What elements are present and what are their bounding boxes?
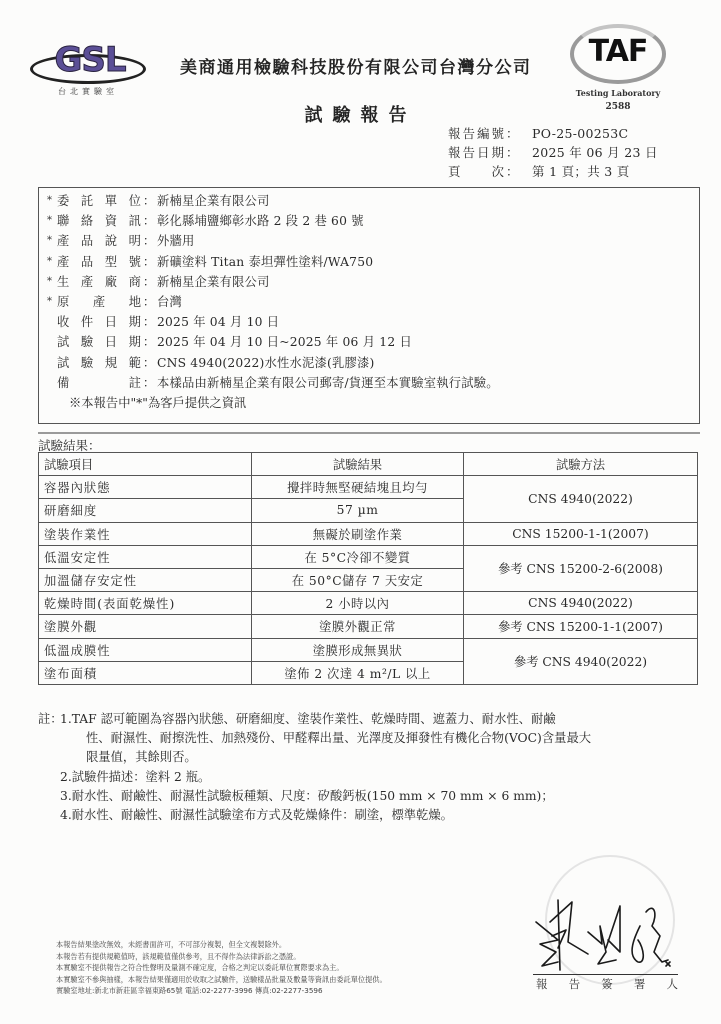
footer-line: 本報告結果塗改無效，未經書面許可，不可部分複製，但全文複製除外。 <box>56 939 387 951</box>
info-row-remarks: 備註 ： 本樣品由新楠星企業有限公司郵寄/貨運至本實驗室執行試驗。 <box>47 373 699 393</box>
page-count-label: 頁 次： <box>448 162 532 181</box>
info-row-client: * 委託單位 ： 新楠星企業有限公司 <box>47 191 699 211</box>
info-row-test-date: 試驗日期 ： 2025 年 04 月 10 日~2025 年 06 月 12 日 <box>47 332 699 352</box>
report-number-label: 報告編號： <box>448 124 532 143</box>
info-label: 收件日期 <box>57 312 141 332</box>
gsl-logo: GSL 台北實驗室 <box>28 38 148 100</box>
product-model-value: 新礦塗料 Titan 泰坦彈性塗料/WA750 <box>157 252 373 272</box>
taf-logo-text: TAF <box>580 34 656 70</box>
report-number-value: PO-25-00253C <box>532 124 628 143</box>
client-value: 新楠星企業有限公司 <box>157 191 269 211</box>
note-1-continued: 性、耐濕性、耐擦洗性、加熱殘份、甲醛釋出量、光澤度及揮發性有機化合物(VOC)含… <box>38 729 703 748</box>
note-3: 3.耐水性、耐鹼性、耐濕性試驗板種類、尺度：矽酸鈣板(150 mm × 70 m… <box>38 787 703 806</box>
report-date-value: 2025 年 06 月 23 日 <box>532 143 658 162</box>
company-name: 美商通用檢驗科技股份有限公司台灣分公司 <box>180 53 532 78</box>
report-date-label: 報告日期： <box>448 143 532 162</box>
table-row: 塗膜外觀 塗膜外觀正常 參考 CNS 15200-1-1(2007) <box>39 615 698 638</box>
section-divider <box>38 432 700 434</box>
info-row-received-date: 收件日期 ： 2025 年 04 月 10 日 <box>47 312 699 332</box>
received-date-value: 2025 年 04 月 10 日 <box>157 312 279 332</box>
gsl-logo-subtitle: 台北實驗室 <box>28 86 148 97</box>
test-standard-value: CNS 4940(2022)水性水泥漆(乳膠漆) <box>157 353 374 373</box>
table-row: 乾燥時間(表面乾燥性) 2 小時以內 CNS 4940(2022) <box>39 592 698 615</box>
info-label: 聯絡資訊 <box>57 211 141 231</box>
footer-line: 本報告若有提供規範值時，該規範值僅供參考，且不得作為法律訴訟之憑證。 <box>56 951 387 963</box>
info-row-contact: * 聯絡資訊 ： 彰化縣埔鹽鄉彰水路 2 段 2 巷 60 號 <box>47 211 699 231</box>
footer-line: 本實驗室不提供報告之符合性聲明及量測不確定度，合格之判定以委託單位實際要求為主。 <box>56 962 387 974</box>
footer-address: 實驗室地址:新北市新莊區幸福東路65號 電話:02-2277-3996 傳真:0… <box>56 985 387 997</box>
method-cell: 參考 CNS 15200-2-6(2008) <box>464 545 698 591</box>
info-label: 產品型號 <box>57 252 141 272</box>
page-count-value: 第 1 頁；共 3 頁 <box>532 162 630 181</box>
info-row-product-desc: * 產品說明 ： 外牆用 <box>47 231 699 251</box>
info-label: 生產廠商 <box>57 272 141 292</box>
client-info-asterisk: * <box>47 231 57 251</box>
client-info-asterisk: * <box>47 191 57 211</box>
info-row-manufacturer: * 生產廠商 ： 新楠星企業有限公司 <box>47 272 699 292</box>
client-info-asterisk: * <box>47 292 57 312</box>
report-meta: 報告編號： PO-25-00253C 報告日期： 2025 年 06 月 23 … <box>448 124 658 181</box>
note-4: 4.耐水性、耐鹼性、耐濕性試驗塗布方式及乾燥條件：刷塗，標準乾燥。 <box>38 806 703 825</box>
signature-line <box>533 974 678 975</box>
info-label: 備註 <box>57 373 141 393</box>
method-cell: 參考 CNS 15200-1-1(2007) <box>464 615 698 638</box>
info-label: 原產地 <box>57 292 141 312</box>
info-label: 試驗日期 <box>57 332 141 352</box>
table-row: 低溫成膜性 塗膜形成無異狀 參考 CNS 4940(2022) <box>39 638 698 661</box>
header-test-result: 試驗結果 <box>252 453 464 476</box>
info-label: 試驗規範 <box>57 353 141 373</box>
table-row: 容器內狀態 攪拌時無堅硬結塊且均勻 CNS 4940(2022) <box>39 476 698 499</box>
results-header-row: 試驗項目 試驗結果 試驗方法 <box>39 453 698 476</box>
note-2: 2.試驗件描述：塗料 2 瓶。 <box>38 768 703 787</box>
info-row-product-model: * 產品型號 ： 新礦塗料 Titan 泰坦彈性塗料/WA750 <box>47 252 699 272</box>
product-description-value: 外牆用 <box>157 231 195 251</box>
note-1: 註： 1.TAF 認可範圍為容器內狀態、研磨細度、塗裝作業性、乾燥時間、遮蓋力、… <box>38 710 703 729</box>
manufacturer-value: 新楠星企業有限公司 <box>157 272 269 292</box>
taf-accreditation-number: 2588 <box>566 102 670 112</box>
taf-logo-subtitle: Testing Laboratory <box>566 88 670 98</box>
info-label: 委託單位 <box>57 191 141 211</box>
info-row-origin: * 原產地 ： 台灣 <box>47 292 699 312</box>
results-table: 試驗項目 試驗結果 試驗方法 容器內狀態 攪拌時無堅硬結塊且均勻 CNS 494… <box>38 452 698 685</box>
method-cell: CNS 15200-1-1(2007) <box>464 522 698 545</box>
origin-value: 台灣 <box>157 292 182 312</box>
taf-logo: TAF Testing Laboratory 2588 <box>566 20 686 130</box>
client-info-footnote: ※本報告中"*"為客戶提供之資訊 <box>47 393 699 413</box>
method-cell: 參考 CNS 4940(2022) <box>464 638 698 684</box>
table-row: 塗裝作業性 無礙於刷塗作業 CNS 15200-1-1(2007) <box>39 522 698 545</box>
signatory-label: 報 告 簽 署 人 <box>536 976 678 992</box>
notes-prefix: 註： <box>38 710 60 729</box>
client-info-asterisk: * <box>47 211 57 231</box>
notes-section: 註： 1.TAF 認可範圍為容器內狀態、研磨細度、塗裝作業性、乾燥時間、遮蓋力、… <box>38 710 703 825</box>
header-test-method: 試驗方法 <box>464 453 698 476</box>
gsl-logo-text: GSL <box>50 40 130 80</box>
method-cell: CNS 4940(2022) <box>464 592 698 615</box>
info-row-test-standard: 試驗規範 ： CNS 4940(2022)水性水泥漆(乳膠漆) <box>47 353 699 373</box>
signature-icon <box>528 892 688 977</box>
remarks-value: 本樣品由新楠星企業有限公司郵寄/貨運至本實驗室執行試驗。 <box>157 373 499 393</box>
page-count-row: 頁 次： 第 1 頁；共 3 頁 <box>448 162 658 181</box>
info-label: 產品說明 <box>57 231 141 251</box>
footer-disclaimer: 本報告結果塗改無效，未經書面許可，不可部分複製，但全文複製除外。 本報告若有提供… <box>56 939 387 997</box>
client-info-asterisk: * <box>47 252 57 272</box>
header-test-item: 試驗項目 <box>39 453 252 476</box>
report-date-row: 報告日期： 2025 年 06 月 23 日 <box>448 143 658 162</box>
client-info-asterisk: * <box>47 272 57 292</box>
contact-value: 彰化縣埔鹽鄉彰水路 2 段 2 巷 60 號 <box>157 211 364 231</box>
report-number-row: 報告編號： PO-25-00253C <box>448 124 658 143</box>
sample-info-box: * 委託單位 ： 新楠星企業有限公司 * 聯絡資訊 ： 彰化縣埔鹽鄉彰水路 2 … <box>38 187 700 424</box>
footer-line: 本實驗室不參與抽樣，本報告結果僅適用於收取之試驗件，送驗樣品批量及數量等資訊由委… <box>56 974 387 986</box>
test-date-value: 2025 年 04 月 10 日~2025 年 06 月 12 日 <box>157 332 412 352</box>
note-1-continued: 限量值，其餘則否。 <box>38 748 703 767</box>
table-row: 低溫安定性 在 5°C冷卻不變質 參考 CNS 15200-2-6(2008) <box>39 545 698 568</box>
method-cell: CNS 4940(2022) <box>464 476 698 522</box>
